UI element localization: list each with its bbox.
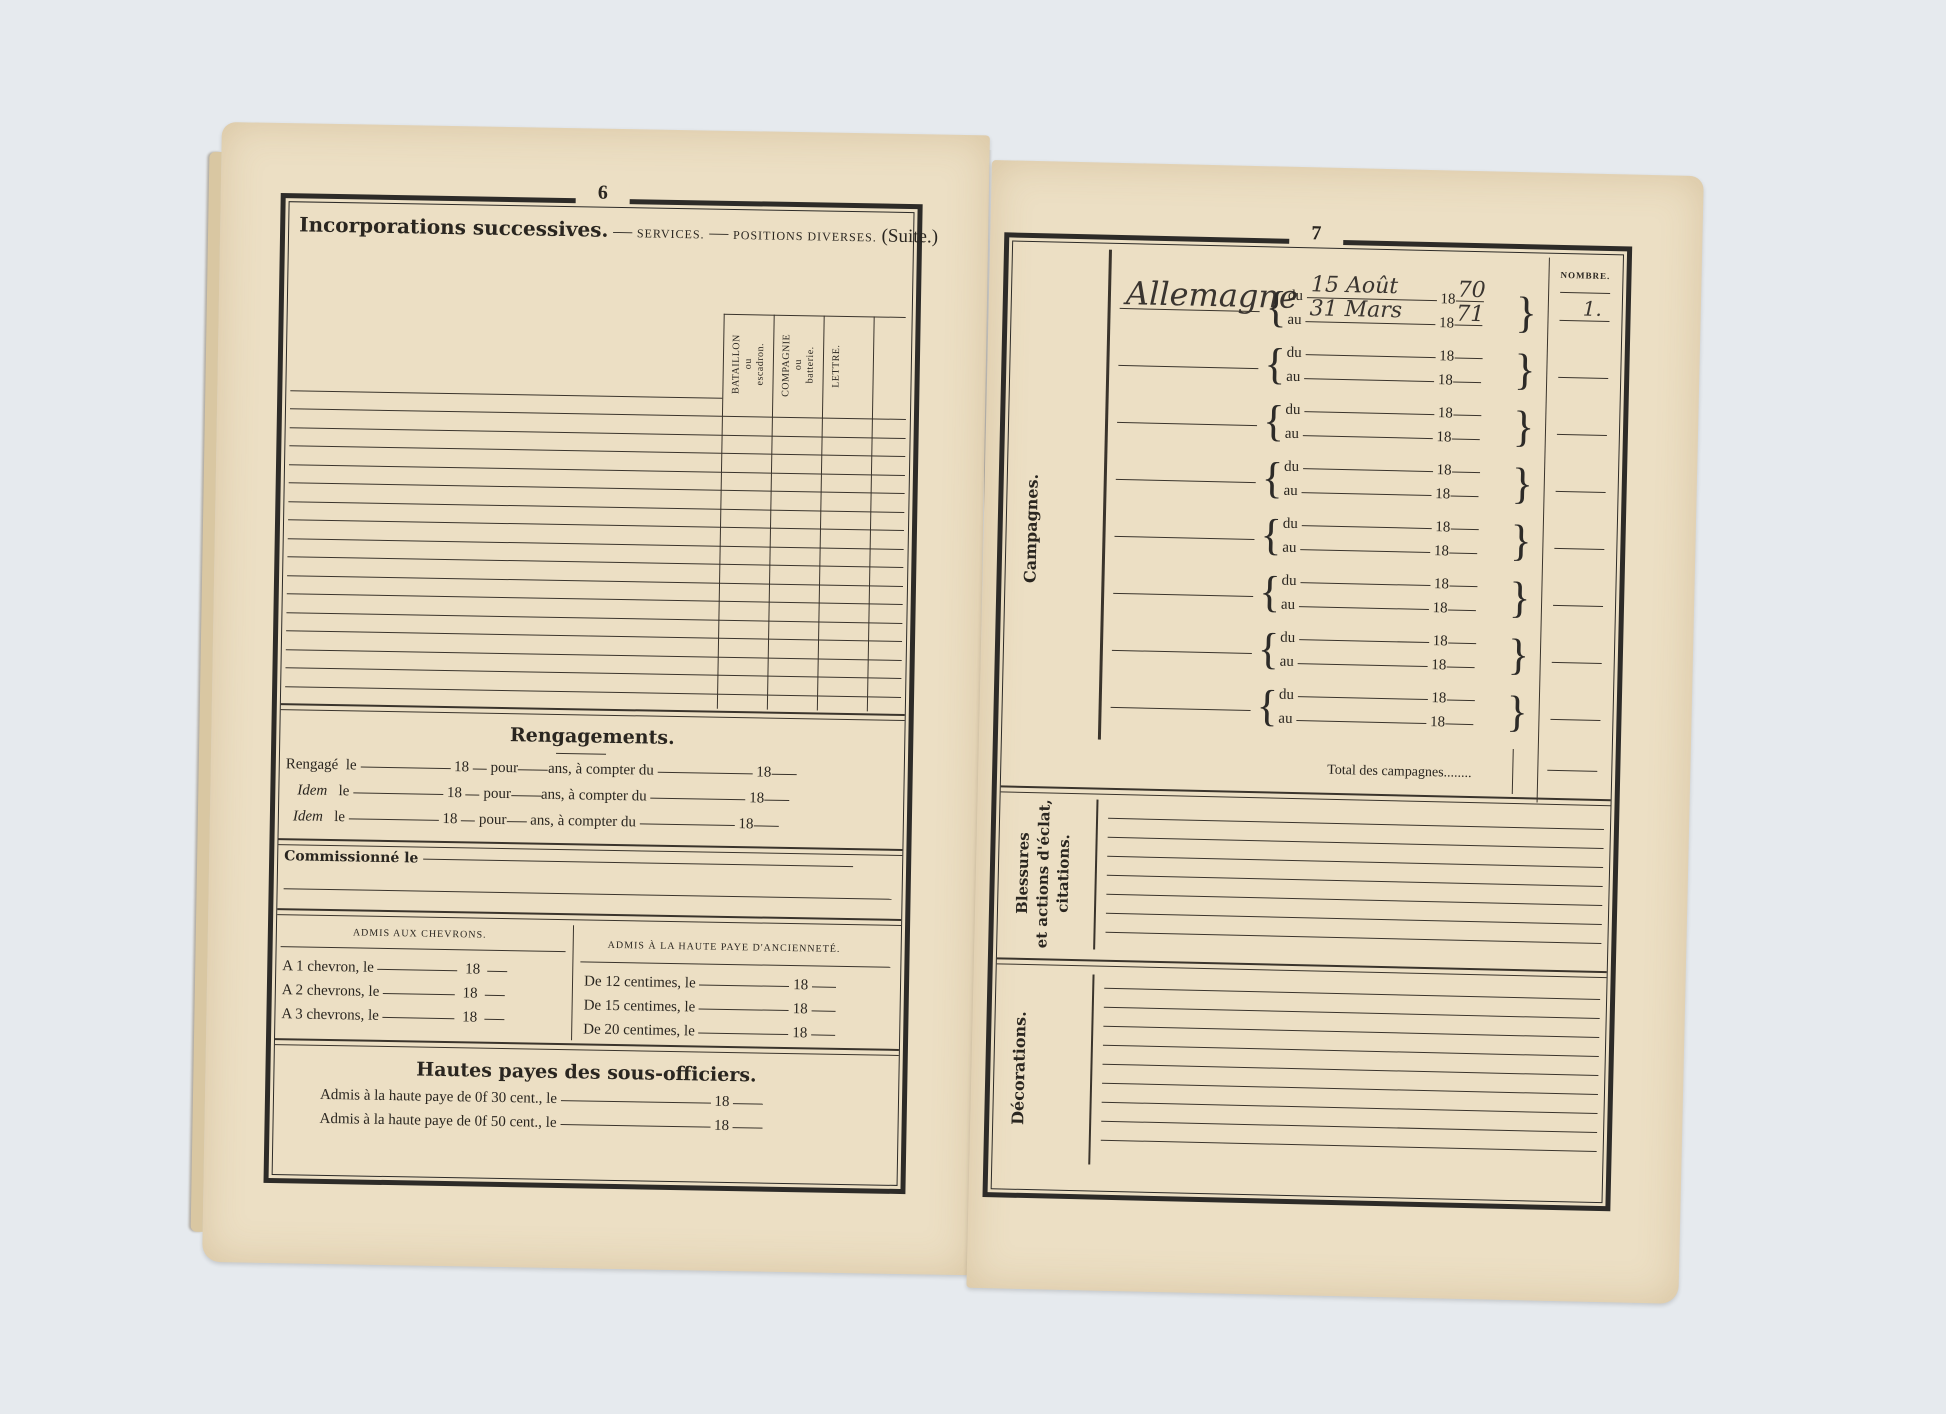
decorations-brace-line — [1088, 974, 1094, 1164]
handwritten-year: 71 — [1456, 301, 1485, 327]
commissionne-line — [284, 888, 892, 900]
date-from-row: du 18 — [1279, 687, 1475, 708]
year-field[interactable] — [1448, 641, 1476, 644]
right-brace-icon: } — [1514, 348, 1536, 392]
page-number: 6 — [576, 181, 630, 205]
left-brace-icon: { — [1260, 513, 1282, 557]
column-header-bataillon: BATAILLONouescadron. — [730, 324, 769, 405]
section-divider — [281, 703, 905, 721]
campaign-name-field[interactable] — [1116, 479, 1256, 483]
date-field[interactable] — [699, 983, 789, 987]
left-brace-icon: { — [1259, 570, 1281, 614]
right-page-frame: 7 Campagnes. NOMBRE. Allemagne{du 15 Aoû… — [982, 232, 1632, 1211]
total-field[interactable] — [1547, 770, 1597, 772]
date-field[interactable] — [1300, 581, 1430, 586]
year-field[interactable] — [1450, 527, 1478, 530]
year-field[interactable] — [811, 1033, 835, 1035]
right-page: 7 Campagnes. NOMBRE. Allemagne{du 15 Aoû… — [966, 160, 1703, 1304]
nombre-field[interactable] — [1558, 377, 1608, 379]
campaign-name-field[interactable] — [1118, 365, 1258, 369]
chevrons-divider — [571, 925, 574, 1040]
date-field[interactable] — [1303, 434, 1433, 439]
years-field[interactable] — [518, 768, 548, 771]
ruled-line[interactable] — [1103, 1064, 1599, 1076]
ruled-line[interactable] — [1103, 1045, 1599, 1057]
ruled-line[interactable] — [1108, 837, 1604, 849]
year-field[interactable] — [812, 985, 836, 987]
year-field[interactable] — [1450, 494, 1478, 497]
date-from-row: du 18 — [1286, 345, 1482, 366]
date-to-row: au 31 Mars 1871 — [1287, 312, 1482, 333]
chevron-row: A 1 chevron, le 18 — [282, 958, 508, 979]
left-page-frame: 6 Incorporations successives. — Services… — [263, 193, 922, 1194]
haute-paye-row: De 15 centimes, le 18 — [583, 997, 835, 1018]
date-to-row: au 18 — [1285, 426, 1480, 447]
hautes-payes-row: Admis à la haute paye de 0f 30 cent., le… — [320, 1087, 763, 1112]
year-field[interactable]: 71 — [1454, 323, 1482, 326]
right-brace-icon: } — [1513, 405, 1535, 449]
date-to-row: au 18 — [1281, 597, 1476, 618]
year-field[interactable] — [1446, 698, 1474, 701]
years-field[interactable] — [506, 820, 526, 822]
campaign-row: {du 18au 18} — [998, 676, 1619, 747]
nombre-header: NOMBRE. — [1560, 270, 1610, 281]
date-to-row: au 18 — [1279, 654, 1474, 675]
right-brace-icon: } — [1511, 462, 1533, 506]
date-field[interactable] — [1302, 524, 1432, 529]
ruled-line[interactable] — [286, 630, 902, 642]
date-from-row: du 18 — [1285, 402, 1481, 423]
date-field[interactable] — [349, 817, 439, 821]
decorations-label: Décorations. — [1006, 978, 1080, 1160]
left-brace-icon: { — [1256, 684, 1278, 728]
haute-paye-row: De 20 centimes, le 18 — [583, 1021, 835, 1042]
ruled-line[interactable] — [1107, 856, 1603, 868]
ruled-line — [290, 390, 722, 399]
date-field[interactable] — [1300, 548, 1430, 553]
year-field[interactable] — [485, 1017, 505, 1019]
date-field[interactable] — [1304, 410, 1434, 415]
date-from-row: du 18 — [1283, 516, 1479, 537]
blessures-label: Blessureset actions d'éclat,citations. — [1011, 798, 1094, 950]
rengagement-row: Idem le 18 pourans, à compter du 18 — [297, 782, 789, 808]
date-field[interactable] — [1298, 662, 1428, 667]
date-field[interactable] — [650, 796, 745, 800]
year-field[interactable] — [488, 969, 508, 971]
handwritten-year: 70 — [1457, 277, 1486, 303]
year-field[interactable] — [753, 824, 778, 826]
header-positions: Positions diverses. — [733, 228, 877, 245]
haute-paye-row: De 12 centimes, le 18 — [584, 973, 836, 994]
date-field[interactable] — [378, 967, 458, 970]
date-field[interactable] — [353, 791, 443, 795]
commissionne-field[interactable] — [423, 858, 853, 868]
ruled-line[interactable] — [1105, 932, 1601, 944]
date-to-row: au 18 — [1278, 711, 1473, 732]
header-suite: (Suite.) — [881, 226, 938, 248]
ruled-line[interactable] — [289, 482, 905, 494]
date-field[interactable] — [1303, 467, 1433, 472]
year-field[interactable] — [1445, 722, 1473, 725]
ruled-line[interactable] — [290, 408, 906, 420]
ruled-line[interactable] — [287, 593, 903, 605]
years-field[interactable] — [511, 794, 541, 797]
left-brace-icon: { — [1263, 399, 1285, 443]
date-field[interactable] — [383, 992, 455, 995]
ruled-line[interactable] — [285, 686, 901, 698]
campaign-name-field[interactable] — [1114, 536, 1254, 540]
date-from-row: du 18 — [1284, 459, 1480, 480]
year-field[interactable] — [771, 772, 796, 774]
campaign-name-field[interactable] — [1113, 593, 1253, 597]
year-field[interactable] — [473, 767, 487, 769]
ruled-line[interactable] — [287, 575, 903, 587]
date-field[interactable] — [699, 1031, 789, 1035]
total-campagnes: Total des campagnes........ — [1327, 763, 1472, 782]
nombre-field[interactable] — [1553, 605, 1603, 607]
date-field[interactable] — [1299, 605, 1429, 610]
chevron-row: A 3 chevrons, le 18 — [281, 1006, 504, 1027]
ruled-line[interactable] — [1107, 875, 1603, 887]
year-field[interactable] — [1454, 356, 1482, 359]
ruled-line[interactable] — [288, 538, 904, 550]
date-field[interactable] — [699, 1007, 789, 1011]
year-field[interactable] — [1446, 665, 1474, 668]
year-field[interactable] — [811, 1009, 835, 1011]
ruled-line[interactable] — [1102, 1083, 1598, 1095]
date-to-row: au 18 — [1283, 483, 1478, 504]
nombre-field[interactable] — [1550, 719, 1600, 721]
year-field[interactable] — [1449, 551, 1477, 554]
ruled-line[interactable] — [288, 519, 904, 531]
ruled-line[interactable] — [1108, 818, 1604, 830]
chevron-row: A 2 chevrons, le 18 — [282, 982, 505, 1003]
column-divider — [717, 314, 725, 709]
hautes-payes-title: Hautes payes des sous-officiers. — [270, 1056, 902, 1089]
nombre-value: 1. — [1583, 296, 1603, 320]
date-field[interactable] — [640, 822, 735, 826]
ruled-line[interactable] — [289, 445, 905, 457]
left-brace-icon: { — [1257, 627, 1279, 671]
date-from-row: du 18 — [1281, 573, 1477, 594]
date-to-row: au 18 — [1286, 369, 1481, 390]
date-field[interactable] — [1298, 695, 1428, 700]
right-brace-icon: } — [1510, 519, 1532, 563]
year-field[interactable] — [764, 798, 789, 800]
header-dash: — — [613, 221, 632, 242]
date-field[interactable] — [1301, 491, 1431, 496]
ruled-line[interactable] — [286, 649, 902, 661]
header-services: Services. — [637, 226, 705, 241]
year-field[interactable] — [1452, 470, 1480, 473]
ruled-line[interactable] — [1101, 1121, 1597, 1133]
ruled-line[interactable] — [1104, 988, 1600, 1000]
date-to-row: au 18 — [1282, 540, 1477, 561]
handwritten-date: 15 Août — [1311, 272, 1399, 299]
ruled-line[interactable] — [1104, 1007, 1600, 1019]
rengagement-row: Idem le 18 pour ans, à compter du 18 — [293, 808, 779, 833]
date-field[interactable] — [1304, 377, 1434, 382]
year-field[interactable] — [466, 793, 480, 795]
page-number: 7 — [1289, 222, 1344, 246]
total-divider — [1512, 749, 1514, 794]
nombre-field[interactable] — [1557, 434, 1607, 436]
date-field[interactable] — [561, 1099, 711, 1104]
campaign-name-field[interactable] — [1117, 422, 1257, 426]
haute-paye-anciennete-title: Admis à la haute paye d'ancienneté. — [608, 940, 841, 955]
nombre-field[interactable] — [1554, 548, 1604, 550]
nombre-field[interactable] — [1552, 662, 1602, 664]
date-field[interactable] — [1299, 638, 1429, 643]
date-field[interactable] — [383, 1016, 455, 1019]
left-page: 6 Incorporations successives. — Services… — [202, 122, 990, 1275]
right-brace-icon: } — [1515, 291, 1537, 335]
hautes-payes-row: Admis à la haute paye de 0f 50 cent., le… — [319, 1111, 762, 1136]
ruled-line[interactable] — [287, 556, 903, 568]
ruled-line[interactable] — [1101, 1140, 1597, 1152]
year-field[interactable] — [1451, 437, 1479, 440]
ruled-line[interactable] — [289, 464, 905, 476]
year-field[interactable] — [1449, 584, 1477, 587]
ruled-line[interactable] — [290, 427, 906, 439]
column-header-top-rule — [724, 314, 906, 318]
ruled-line[interactable] — [1102, 1102, 1598, 1114]
date-field[interactable] — [1296, 719, 1426, 724]
left-brace-icon: { — [1261, 456, 1283, 500]
ruled-line[interactable] — [285, 667, 901, 679]
ruled-line[interactable] — [1106, 913, 1602, 925]
column-header-compagnie: COMPAGNIEoubatterie. — [780, 325, 819, 406]
nombre-field[interactable] — [1556, 491, 1606, 493]
date-field[interactable] — [560, 1123, 710, 1128]
ruled-line[interactable] — [1103, 1026, 1599, 1038]
header-title: Incorporations successives. — [299, 212, 609, 241]
date-field[interactable] — [360, 765, 450, 769]
year-field[interactable] — [485, 993, 505, 995]
haute-paye-title-rule — [580, 961, 890, 967]
year-field[interactable] — [461, 819, 475, 821]
year-field[interactable] — [733, 1126, 763, 1129]
chevrons-title-rule — [281, 946, 566, 952]
date-field[interactable]: 31 Mars — [1305, 320, 1435, 325]
date-from-row: du 18 — [1280, 630, 1476, 651]
chevrons-title: Admis aux chevrons. — [353, 927, 487, 940]
left-brace-icon: { — [1265, 285, 1287, 329]
section-divider — [997, 957, 1607, 978]
year-field[interactable] — [1453, 380, 1481, 383]
ruled-line[interactable] — [286, 612, 902, 624]
ruled-line[interactable] — [1106, 894, 1602, 906]
right-brace-icon: } — [1506, 690, 1528, 734]
right-brace-icon: } — [1507, 633, 1529, 677]
handwritten-date: 31 Mars — [1309, 296, 1402, 323]
campaign-name-field[interactable] — [1111, 707, 1251, 711]
year-field[interactable] — [733, 1102, 763, 1105]
ruled-line[interactable] — [288, 501, 904, 513]
header-dash: — — [709, 223, 728, 244]
column-header-lettre: LETTRE. — [830, 326, 869, 407]
section-divider — [277, 908, 901, 926]
date-field[interactable] — [1305, 353, 1435, 358]
title-underline — [556, 753, 606, 755]
year-field[interactable] — [1448, 608, 1476, 611]
rengagement-row: Rengagé le 18 pourans, à compter du 18 — [286, 756, 797, 782]
campaign-name-field[interactable] — [1112, 650, 1252, 654]
rengagements-title: Rengagements. — [276, 720, 908, 753]
date-field[interactable] — [658, 770, 753, 774]
year-field[interactable] — [1453, 413, 1481, 416]
section-header: Incorporations successives. — Services. … — [299, 212, 907, 248]
right-brace-icon: } — [1509, 576, 1531, 620]
left-brace-icon: { — [1264, 342, 1286, 386]
